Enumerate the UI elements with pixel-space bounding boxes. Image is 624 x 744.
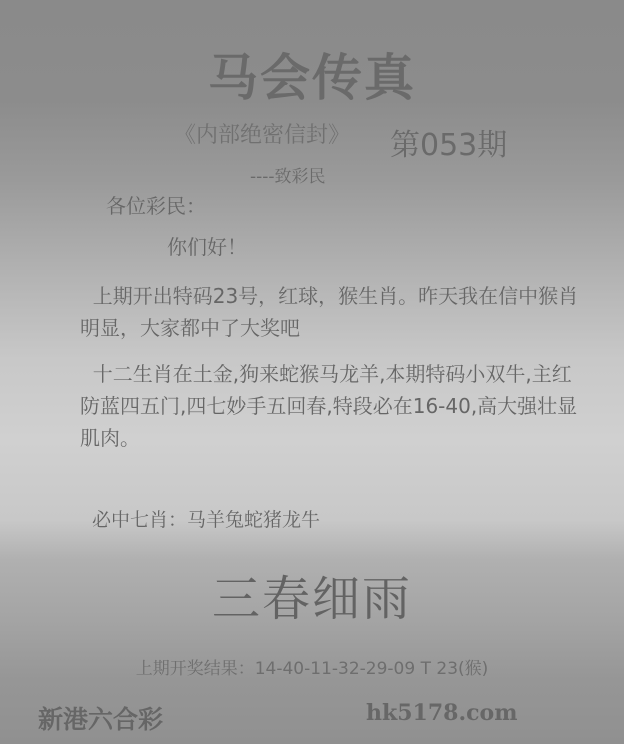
must-win-picks: 必中七肖：马羊兔蛇猪龙牛 [92,505,320,532]
page-title: 马会传真 [0,38,624,110]
paragraph-prediction: 十二生肖在土金,狗来蛇猴马龙羊,本期特码小双牛,主红防蓝四五门,四七妙手五回春,… [80,358,580,454]
greeting: 你们好！ [167,231,247,260]
site-link[interactable]: hk5178.com [366,700,517,726]
addressee: ----致彩民 [250,162,326,187]
slogan: 三春细雨 [0,560,624,629]
paragraph-last-result: 上期开出特码23号，红球，猴生肖。昨天我在信中猴肖明显，大家都中了大奖吧 [80,280,580,344]
last-draw-result: 上期开奖结果：14-40-11-32-29-09 T 23(猴) [0,654,624,679]
issue-number: 第053期 [390,120,507,164]
paragraph-text: 十二生肖在土金,狗来蛇猴马龙羊,本期特码小双牛,主红防蓝四五门,四七妙手五回春,… [80,362,577,450]
picks-label: 必中七肖： [92,509,187,531]
subtitle: 《内部绝密信封》 [174,118,350,149]
brand-name: 新港六合彩 [38,700,163,736]
salutation: 各位彩民： [106,190,206,219]
picks-value: 马羊兔蛇猪龙牛 [187,509,320,531]
paragraph-text: 上期开出特码23号，红球，猴生肖。昨天我在信中猴肖明显，大家都中了大奖吧 [80,284,578,340]
